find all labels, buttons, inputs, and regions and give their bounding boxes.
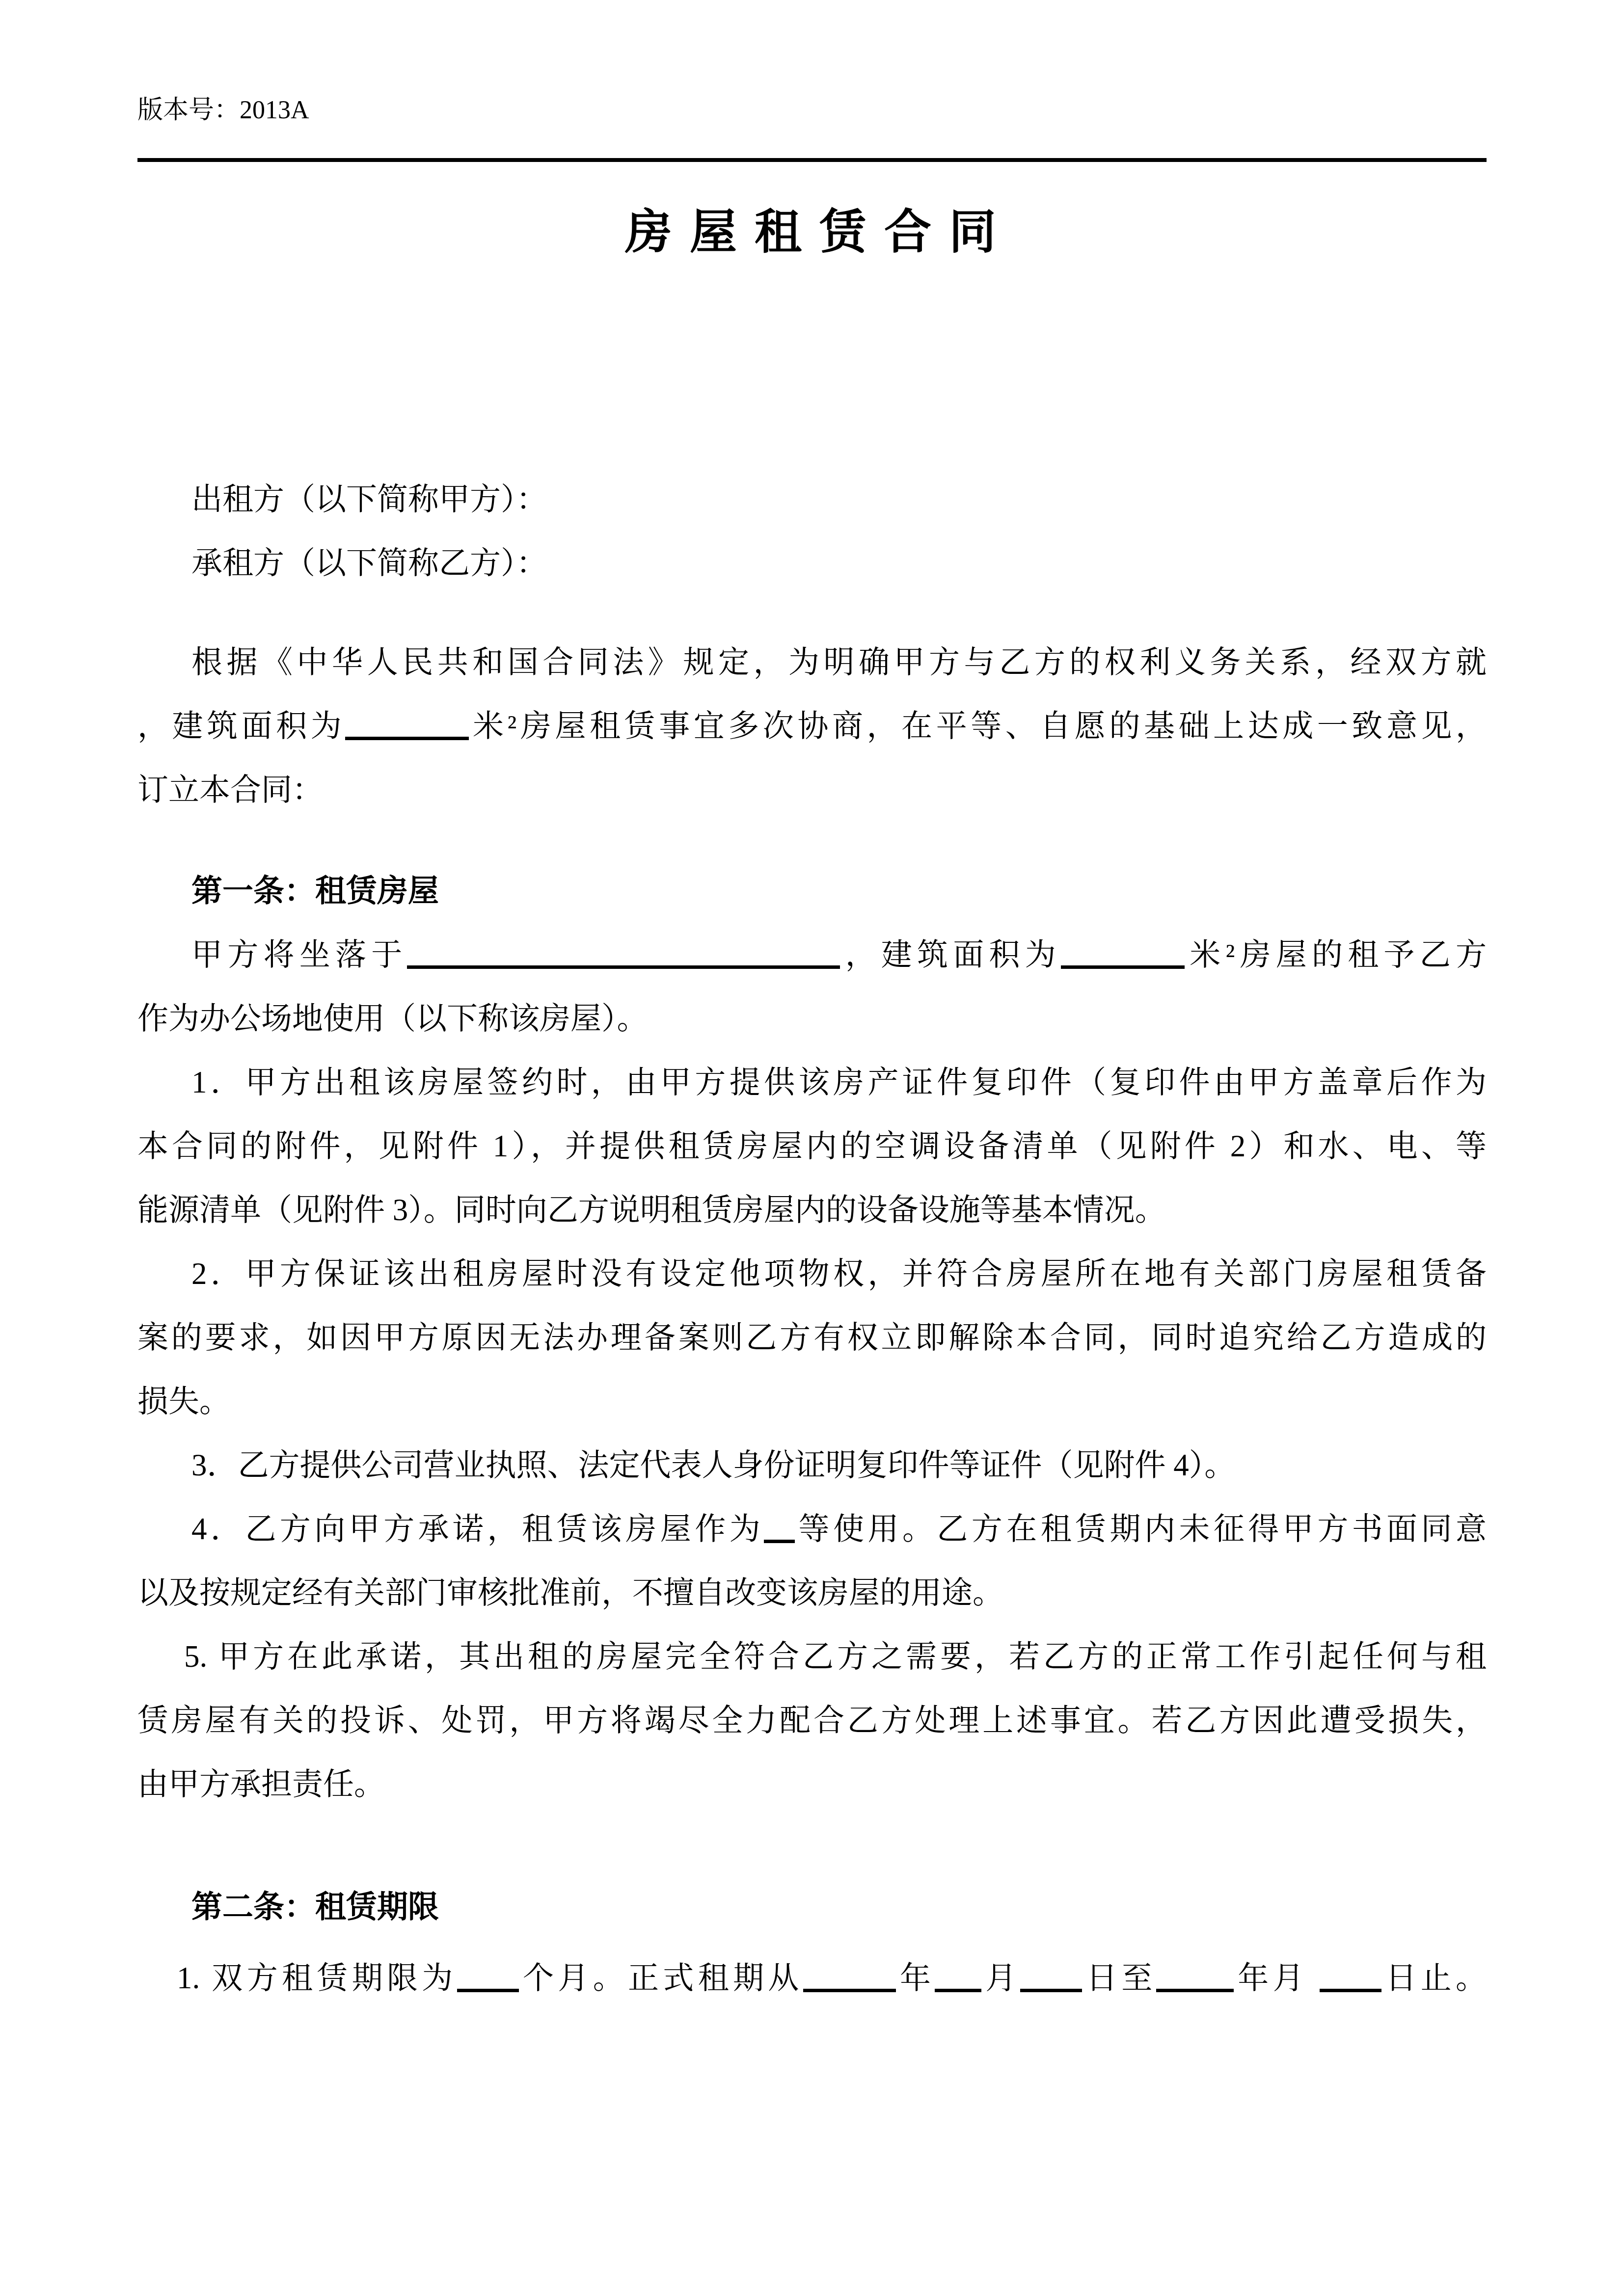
clause-1-item-5-line-2: 赁房屋有关的投诉、处罚，甲方将竭尽全力配合乙方处理上述事宜。若乙方因此遭受损失，: [137, 1688, 1487, 1752]
clause-2-heading: 第二条：租赁期限: [137, 1875, 1487, 1939]
clause-1-item-4-line-1: 4．乙方向甲方承诺，租赁该房屋作为等使用。乙方在租赁期内未征得甲方书面同意: [137, 1497, 1487, 1561]
clause-1-line-1: 甲方将坐落于，建筑面积为米²房屋的租予乙方: [137, 923, 1487, 987]
preamble-line-3: 订立本合同：: [137, 758, 1487, 822]
fill-in-blank: [407, 937, 840, 969]
fill-in-blank: [345, 709, 469, 740]
preamble-line-1: 根据《中华人民共和国合同法》规定，为明确甲方与乙方的权利义务关系，经双方就: [137, 630, 1487, 694]
clause-1-item-5-line-3: 由甲方承担责任。: [137, 1752, 1487, 1816]
document-title: 房 屋 租 赁 合 同: [137, 204, 1487, 260]
clause-1-item-1-line-3: 能源清单（见附件 3）。同时向乙方说明租赁房屋内的设备设施等基本情况。: [137, 1178, 1487, 1242]
clause-1-heading: 第一条：租赁房屋: [137, 859, 1487, 923]
clause-1-item-2-line-1: 2．甲方保证该出租房屋时没有设定他项物权，并符合房屋所在地有关部门房屋租赁备: [137, 1242, 1487, 1306]
clause-1-item-1-line-2: 本合同的附件，见附件 1），并提供租赁房屋内的空调设备清单（见附件 2）和水、电…: [137, 1114, 1487, 1178]
clause-1-line-2: 作为办公场地使用（以下称该房屋）。: [137, 987, 1487, 1050]
document-body: 出租方（以下简称甲方）：承租方（以下简称乙方）：根据《中华人民共和国合同法》规定…: [137, 467, 1487, 2010]
fill-in-blank: [764, 1512, 795, 1543]
contract-page: 版本号：2013A 房 屋 租 赁 合 同 出租方（以下简称甲方）：承租方（以下…: [0, 0, 1624, 2296]
clause-1-item-2-line-3: 损失。: [137, 1369, 1487, 1433]
preamble-line-2: ，建筑面积为米²房屋租赁事宜多次协商，在平等、自愿的基础上达成一致意见，: [137, 694, 1487, 758]
clause-1-item-3-line-1: 3．乙方提供公司营业执照、法定代表人身份证明复印件等证件（见附件 4）。: [137, 1433, 1487, 1497]
clause-1-item-4-line-2: 以及按规定经有关部门审核批准前，不擅自改变该房屋的用途。: [137, 1561, 1487, 1625]
fill-in-blank: [1320, 1961, 1381, 1992]
clause-1-item-5-line-1: 5. 甲方在此承诺，其出租的房屋完全符合乙方之需要，若乙方的正常工作引起任何与租: [137, 1625, 1487, 1688]
clause-2-item-1-line-1: 1. 双方租赁期限为个月。正式租期从年月日至年月 日止。: [137, 1946, 1487, 2010]
fill-in-blank: [457, 1961, 519, 1992]
version-label: 版本号：2013A: [137, 96, 309, 124]
clause-1-item-2-line-2: 案的要求，如因甲方原因无法办理备案则乙方有权立即解除本合同，同时追究给乙方造成的: [137, 1306, 1487, 1369]
fill-in-blank: [803, 1961, 896, 1992]
fill-in-blank: [1156, 1961, 1234, 1992]
fill-in-blank: [935, 1961, 981, 1992]
fill-in-blank: [1020, 1961, 1082, 1992]
party-lessee-line: 承租方（以下简称乙方）：: [137, 531, 1487, 595]
party-lessor-line: 出租方（以下简称甲方）：: [137, 467, 1487, 531]
version-header: 版本号：2013A: [137, 93, 1487, 162]
clause-1-item-1-line-1: 1．甲方出租该房屋签约时，由甲方提供该房产证件复印件（复印件由甲方盖章后作为: [137, 1050, 1487, 1114]
fill-in-blank: [1061, 937, 1185, 969]
